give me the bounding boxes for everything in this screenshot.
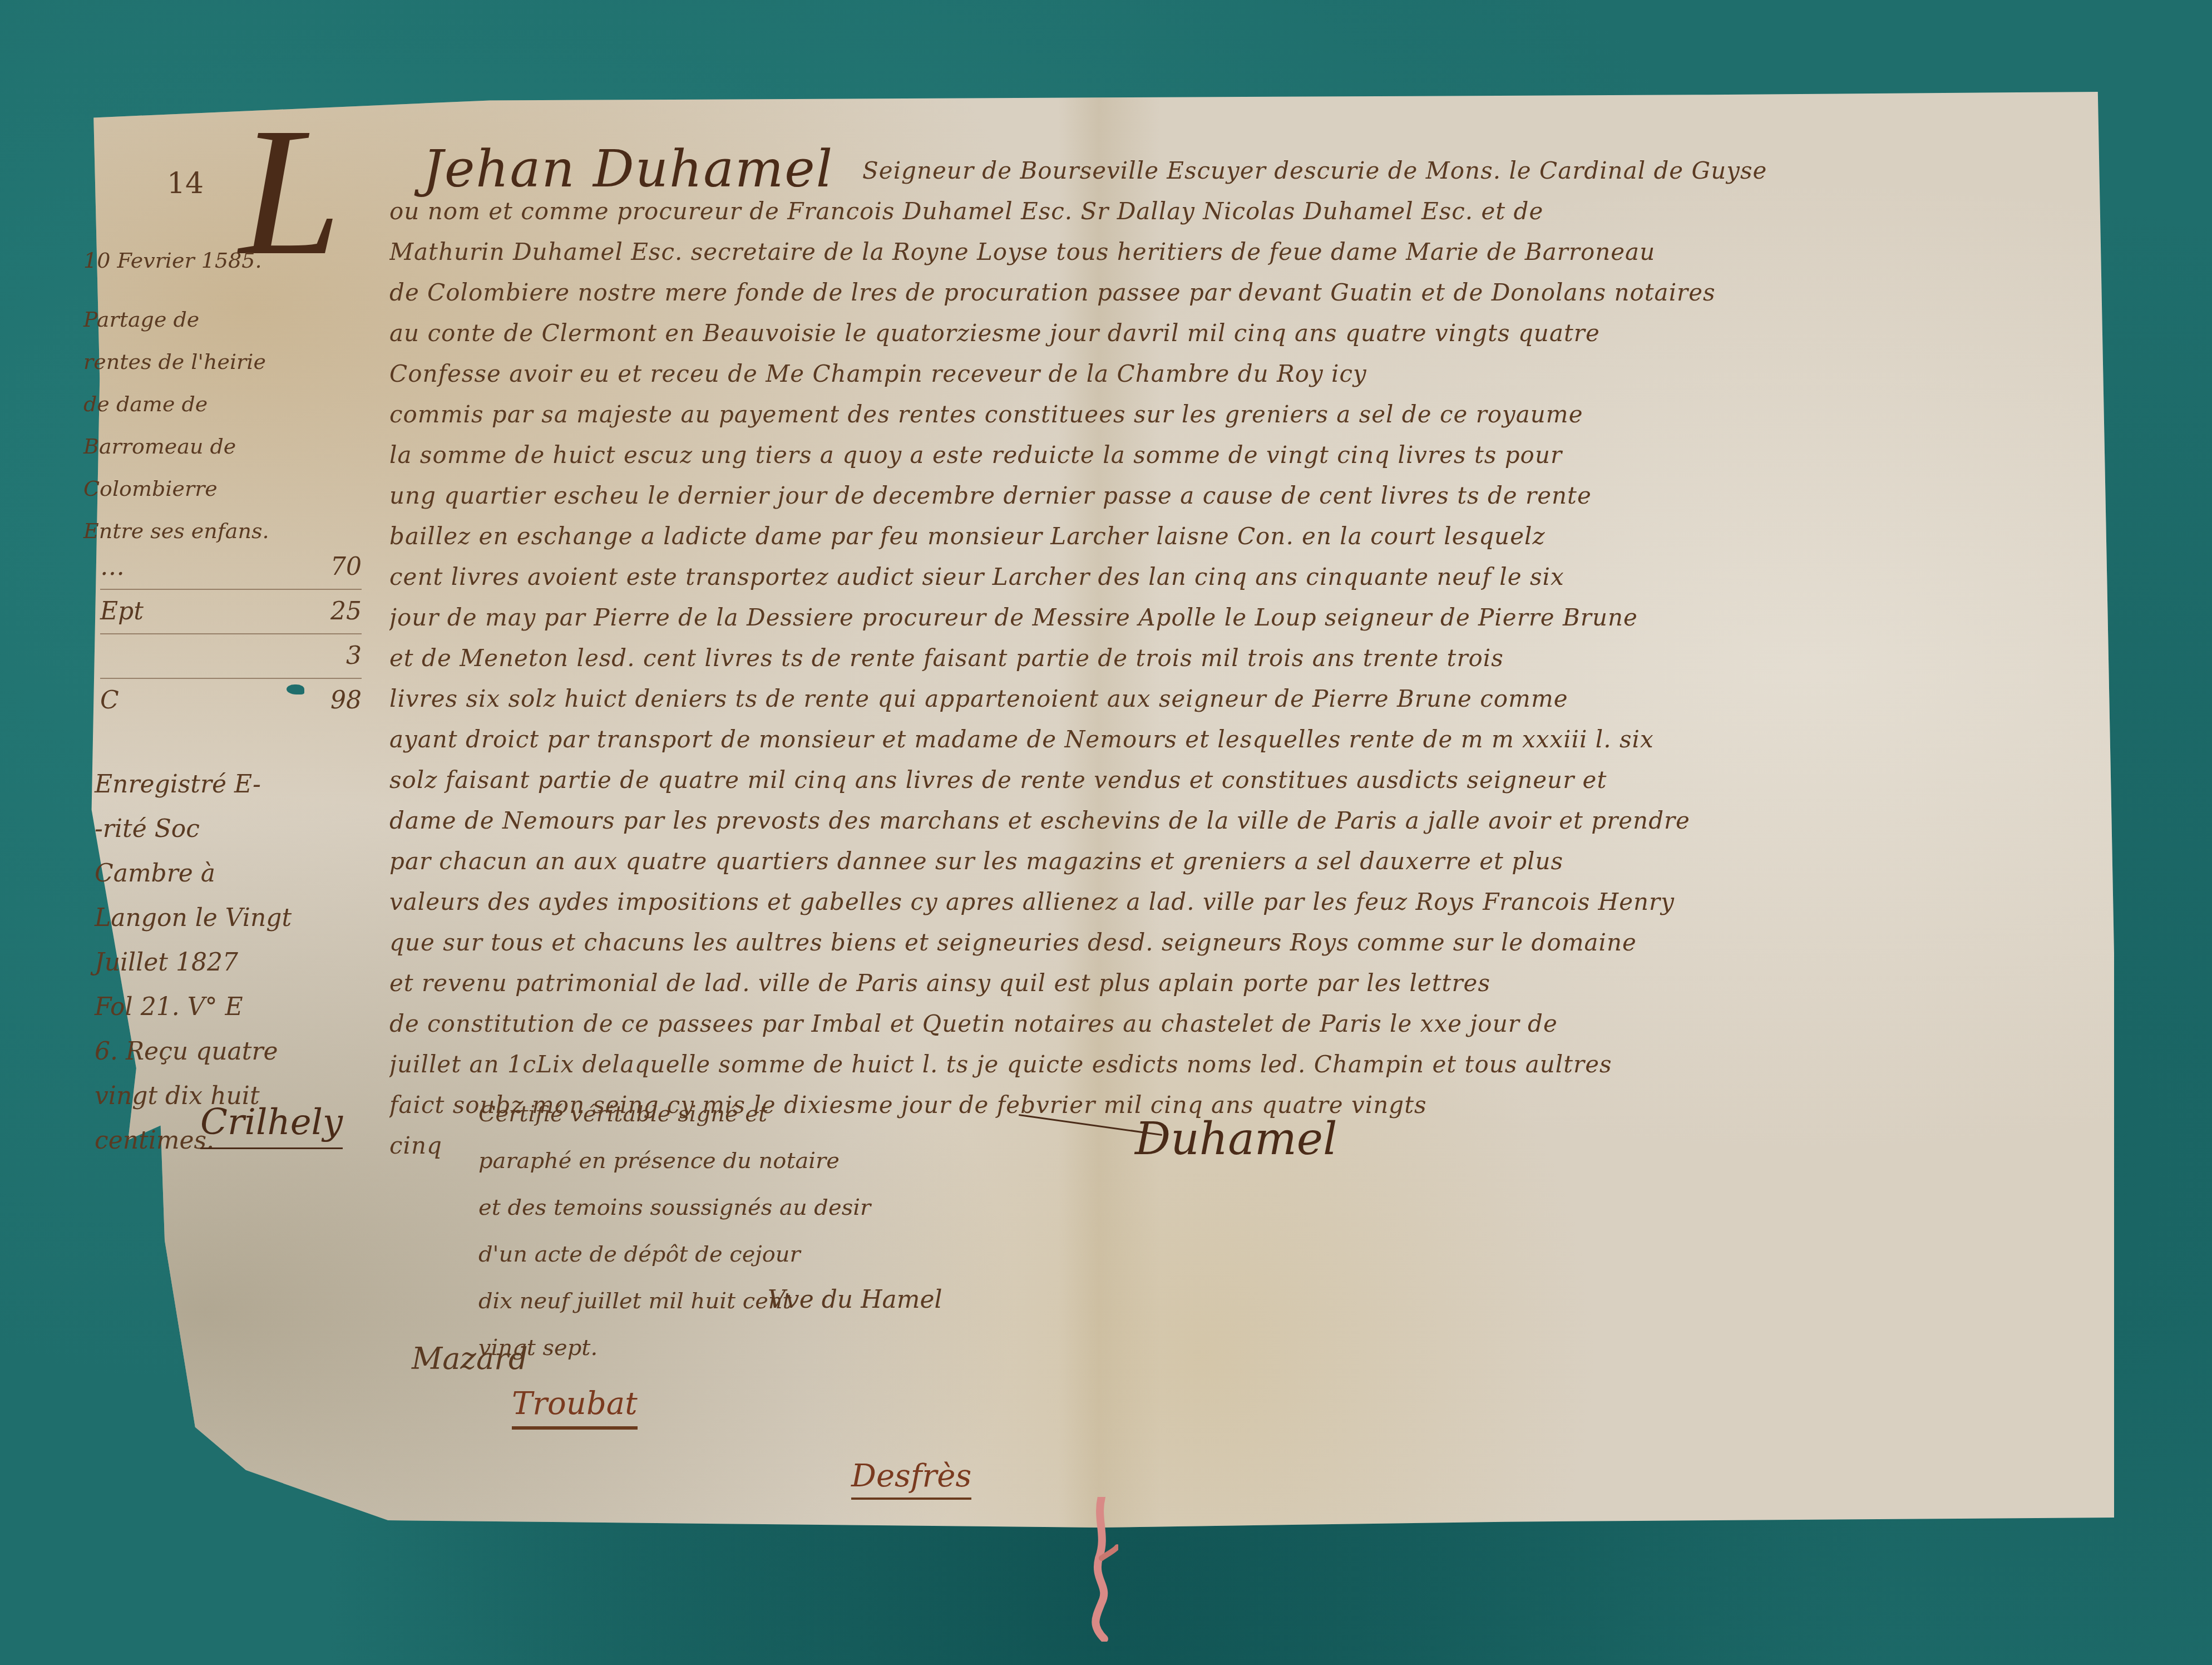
margin-summary-line: Partage de [83,298,373,341]
endorsement-line: Cambre à [95,851,384,896]
endorsement-line: Enregistré E- [95,762,384,807]
tally-value: 98 [330,679,362,722]
body-line: ung quartier escheu le dernier jour de d… [389,475,2092,516]
certification-line: d'un acte de dépôt de cejour [478,1231,979,1278]
folio-number: 14 [167,167,204,200]
body-line: de constitution de ce passees par Imbal … [389,1003,2092,1044]
body-line: et de Meneton lesd. cent livres ts de re… [389,638,2092,678]
body-line: baillez en eschange a ladicte dame par f… [389,516,2092,556]
body-line: au conte de Clermont en Beauvoisie le qu… [389,313,2092,353]
body-line: Mathurin Duhamel Esc. secretaire de la R… [389,231,2092,272]
body-line: la somme de huict escuz ung tiers a quoy… [389,435,2092,475]
body-line: valeurs des aydes impositions et gabelle… [389,881,2092,922]
witness-signature: Vve du Hamel [768,1285,942,1314]
tally-row: 3 [100,634,362,679]
body-line: Seigneur de Bourseville Escuyer descurie… [389,150,2092,191]
margin-summary-line: Colombierre [83,467,373,510]
body-line: ou nom et comme procureur de Francois Du… [389,191,2092,231]
witness-signature: Desfrès [851,1458,971,1500]
registrar-signature: Crilhely [200,1102,343,1149]
body-line: de Colombiere nostre mere fonde de lres … [389,272,2092,313]
tally-value: 25 [330,590,362,633]
body-line: par chacun an aux quatre quartiers danne… [389,841,2092,881]
tally-label: C [100,679,119,722]
tally-row: … 70 [100,545,362,590]
seal-ribbon-icon [1085,1497,1118,1642]
duhamel-signature: Duhamel [1135,1113,1337,1165]
tally-label: Ept [100,590,144,633]
margin-tally: … 70 Ept 25 3 C 98 [100,545,362,722]
endorsement-line: -rité Soc [95,807,384,851]
body-line: dame de Nemours par les prevosts des mar… [389,800,2092,841]
margin-date: 10 Fevrier 1585. [83,239,373,282]
tally-value: 70 [330,545,362,589]
margin-summary-line: Barromeau de [83,425,373,467]
body-line: ayant droict par transport de monsieur e… [389,719,2092,760]
body-line: jour de may par Pierre de la Dessiere pr… [389,597,2092,638]
body-line: cent livres avoient este transportez aud… [389,556,2092,597]
certification-line: Certifié véritable signé et [478,1091,979,1137]
body-line: juillet an 1cLix delaquelle somme de hui… [389,1044,2092,1085]
witness-signature: Mazard [412,1341,528,1376]
endorsement-line: Fol 21. V° E [95,985,384,1029]
certification-line: et des temoins soussignés au desir [478,1184,979,1231]
certification-note: Certifié véritable signé et paraphé en p… [478,1091,979,1371]
certification-line: paraphé en présence du notaire [478,1137,979,1184]
tally-value: 3 [346,634,362,678]
body-line: commis par sa majeste au payement des re… [389,394,2092,435]
margin-summary: 10 Fevrier 1585. Partage de rentes de l'… [83,239,373,552]
certification-line: vingt sept. [478,1324,979,1371]
body-line: livres six solz huict deniers ts de rent… [389,678,2092,719]
endorsement-line: 6. Reçu quatre [95,1029,384,1074]
tally-total-row: C 98 [100,679,362,722]
margin-summary-line: rentes de l'heirie [83,341,373,383]
notary-signature: Troubat [512,1386,638,1430]
endorsement-line: Langon le Vingt [95,896,384,940]
tally-label: … [100,545,125,589]
body-line: et revenu patrimonial de lad. ville de P… [389,963,2092,1003]
tally-row: Ept 25 [100,590,362,634]
body-line: que sur tous et chacuns les aultres bien… [389,922,2092,963]
body-line: solz faisant partie de quatre mil cinq a… [389,760,2092,800]
margin-summary-line: de dame de [83,383,373,425]
endorsement-line: Juillet 1827 [95,940,384,985]
body-line: Confesse avoir eu et receu de Me Champin… [389,353,2092,394]
document-body: Seigneur de Bourseville Escuyer descurie… [389,184,2092,1166]
